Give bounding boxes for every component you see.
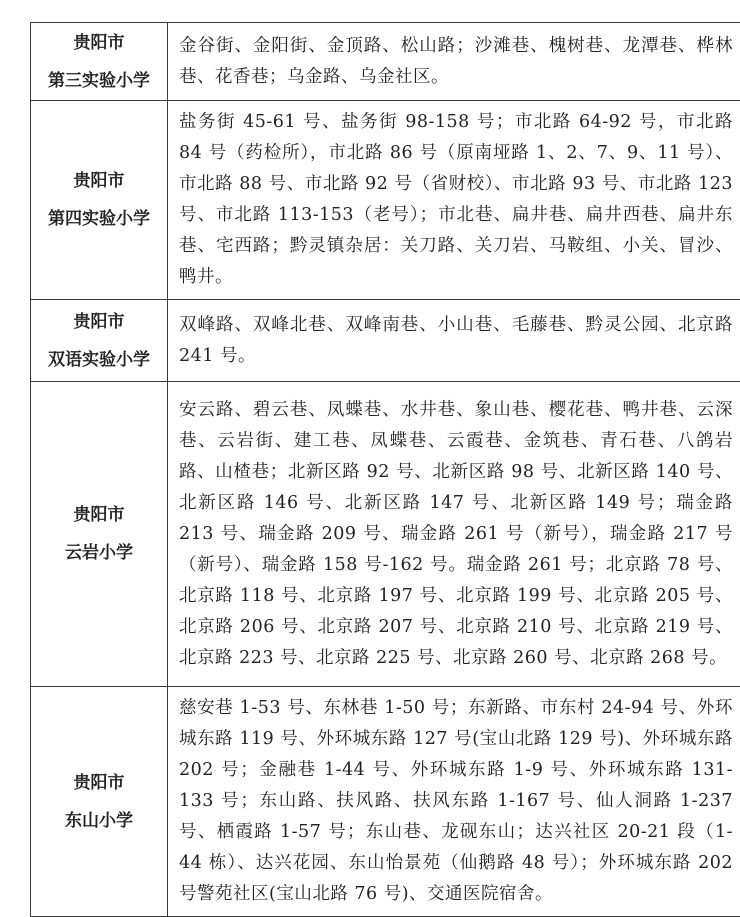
school-name-cell: 贵阳市 双语实验小学 bbox=[31, 300, 168, 382]
school-name-line1: 贵阳市 bbox=[35, 764, 163, 802]
table-row: 贵阳市 双语实验小学 双峰路、双峰北巷、双峰南巷、小山巷、毛藤巷、黔灵公园、北京… bbox=[31, 300, 740, 382]
school-name-line1: 贵阳市 bbox=[35, 496, 163, 534]
district-streets-cell: 慈安巷 1-53 号、东林巷 1-50 号；东新路、市东村 24-94 号、外环… bbox=[168, 687, 740, 917]
school-name-line2: 云岩小学 bbox=[35, 534, 163, 572]
table-row: 贵阳市 第三实验小学 金谷街、金阳街、金顶路、松山路；沙滩巷、槐树巷、龙潭巷、桦… bbox=[31, 23, 740, 101]
table-row: 贵阳市 东山小学 慈安巷 1-53 号、东林巷 1-50 号；东新路、市东村 2… bbox=[31, 687, 740, 917]
school-name-cell: 贵阳市 东山小学 bbox=[31, 687, 168, 917]
table-row: 贵阳市 第四实验小学 盐务街 45-61 号、盐务街 98-158 号；市北路 … bbox=[31, 101, 740, 300]
school-name-line2: 东山小学 bbox=[35, 802, 163, 840]
school-name-line1: 贵阳市 bbox=[35, 162, 163, 200]
district-streets-cell: 盐务街 45-61 号、盐务街 98-158 号；市北路 64-92 号，市北路… bbox=[168, 101, 740, 300]
school-name-cell: 贵阳市 第三实验小学 bbox=[31, 23, 168, 101]
district-streets-cell: 金谷街、金阳街、金顶路、松山路；沙滩巷、槐树巷、龙潭巷、桦林巷、花香巷；乌金路、… bbox=[168, 23, 740, 101]
school-name-line2: 第三实验小学 bbox=[35, 62, 163, 100]
school-name-line1: 贵阳市 bbox=[35, 24, 163, 62]
school-name-cell: 贵阳市 云岩小学 bbox=[31, 382, 168, 687]
table-row: 贵阳市 云岩小学 安云路、碧云巷、凤蝶巷、水井巷、象山巷、樱花巷、鸭井巷、云深巷… bbox=[31, 382, 740, 687]
school-name-line2: 第四实验小学 bbox=[35, 200, 163, 238]
school-district-table: 贵阳市 第三实验小学 金谷街、金阳街、金顶路、松山路；沙滩巷、槐树巷、龙潭巷、桦… bbox=[30, 22, 740, 917]
district-streets-cell: 双峰路、双峰北巷、双峰南巷、小山巷、毛藤巷、黔灵公园、北京路 241 号。 bbox=[168, 300, 740, 382]
school-name-line2: 双语实验小学 bbox=[35, 341, 163, 379]
school-name-line1: 贵阳市 bbox=[35, 303, 163, 341]
school-name-cell: 贵阳市 第四实验小学 bbox=[31, 101, 168, 300]
district-streets-cell: 安云路、碧云巷、凤蝶巷、水井巷、象山巷、樱花巷、鸭井巷、云深巷、云岩街、建工巷、… bbox=[168, 382, 740, 687]
